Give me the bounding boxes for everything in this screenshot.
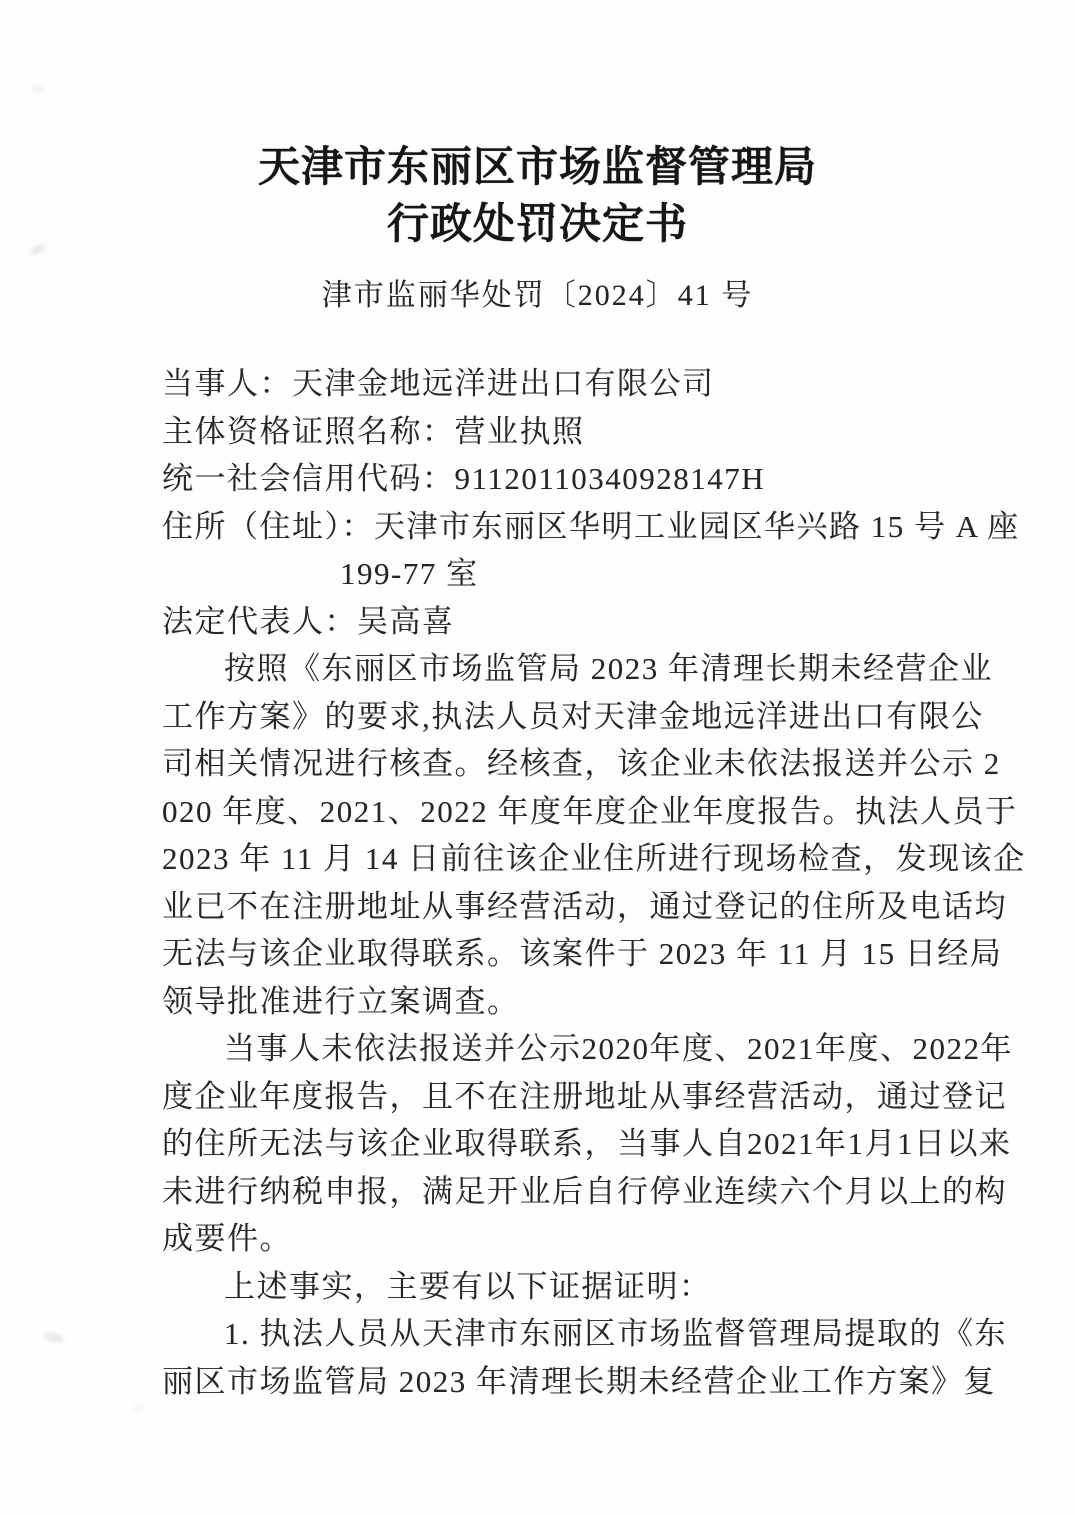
- document-line: 法定代表人：吴高喜: [162, 598, 925, 646]
- document-line: 业已不在注册地址从事经营活动，通过登记的住所及电话均: [162, 883, 925, 931]
- document-line: 领导批准进行立案调查。: [162, 978, 925, 1026]
- document-page: 天津市东丽区市场监督管理局 行政处罚决定书 津市监丽华处罚〔2024〕41 号 …: [0, 0, 1075, 1515]
- document-line: 主体资格证照名称：营业执照: [162, 408, 925, 456]
- document-line: 2023 年 11 月 14 日前往该企业住所进行现场检查，发现该企: [162, 835, 925, 883]
- document-line: 度企业年度报告，且不在注册地址从事经营活动，通过登记: [162, 1073, 925, 1121]
- document-line: 020 年度、2021、2022 年度年度企业年度报告。执法人员于: [162, 788, 925, 836]
- document-line: 工作方案》的要求,执法人员对天津金地远洋进出口有限公: [162, 693, 925, 741]
- document-line: 按照《东丽区市场监管局 2023 年清理长期未经营企业: [162, 645, 925, 693]
- document-line: 丽区市场监管局 2023 年清理长期未经营企业工作方案》复: [162, 1358, 925, 1406]
- document-line: 成要件。: [162, 1215, 925, 1263]
- scan-smudge: [43, 1331, 64, 1344]
- document-line: 无法与该企业取得联系。该案件于 2023 年 11 月 15 日经局: [162, 930, 925, 978]
- document-line: 住所（住址）：天津市东丽区华明工业园区华兴路 15 号 A 座: [162, 503, 925, 551]
- document-number: 津市监丽华处罚〔2024〕41 号: [0, 280, 1075, 312]
- document-line: 199-77 室: [162, 550, 925, 598]
- document-line: 统一社会信用代码：91120110340928147H: [162, 455, 925, 503]
- document-body: 当事人：天津金地远洋进出口有限公司 主体资格证照名称：营业执照 统一社会信用代码…: [162, 360, 925, 1405]
- document-line: 司相关情况进行核查。经核查，该企业未依法报送并公示 2: [162, 740, 925, 788]
- document-line: 当事人：天津金地远洋进出口有限公司: [162, 360, 925, 408]
- scan-smudge: [32, 86, 44, 92]
- document-title-line-1: 天津市东丽区市场监督管理局: [0, 140, 1075, 197]
- scan-smudge: [133, 1406, 143, 1412]
- document-title: 天津市东丽区市场监督管理局 行政处罚决定书: [0, 140, 1075, 254]
- document-line: 未进行纳税申报，满足开业后自行停业连续六个月以上的构: [162, 1168, 925, 1216]
- document-line: 上述事实，主要有以下证据证明：: [162, 1263, 925, 1311]
- document-line: 1. 执法人员从天津市东丽区市场监督管理局提取的《东: [162, 1310, 925, 1358]
- document-line: 的住所无法与该企业取得联系，当事人自2021年1月1日以来: [162, 1120, 925, 1168]
- document-line: 当事人未依法报送并公示2020年度、2021年度、2022年: [162, 1025, 925, 1073]
- document-title-line-2: 行政处罚决定书: [0, 197, 1075, 254]
